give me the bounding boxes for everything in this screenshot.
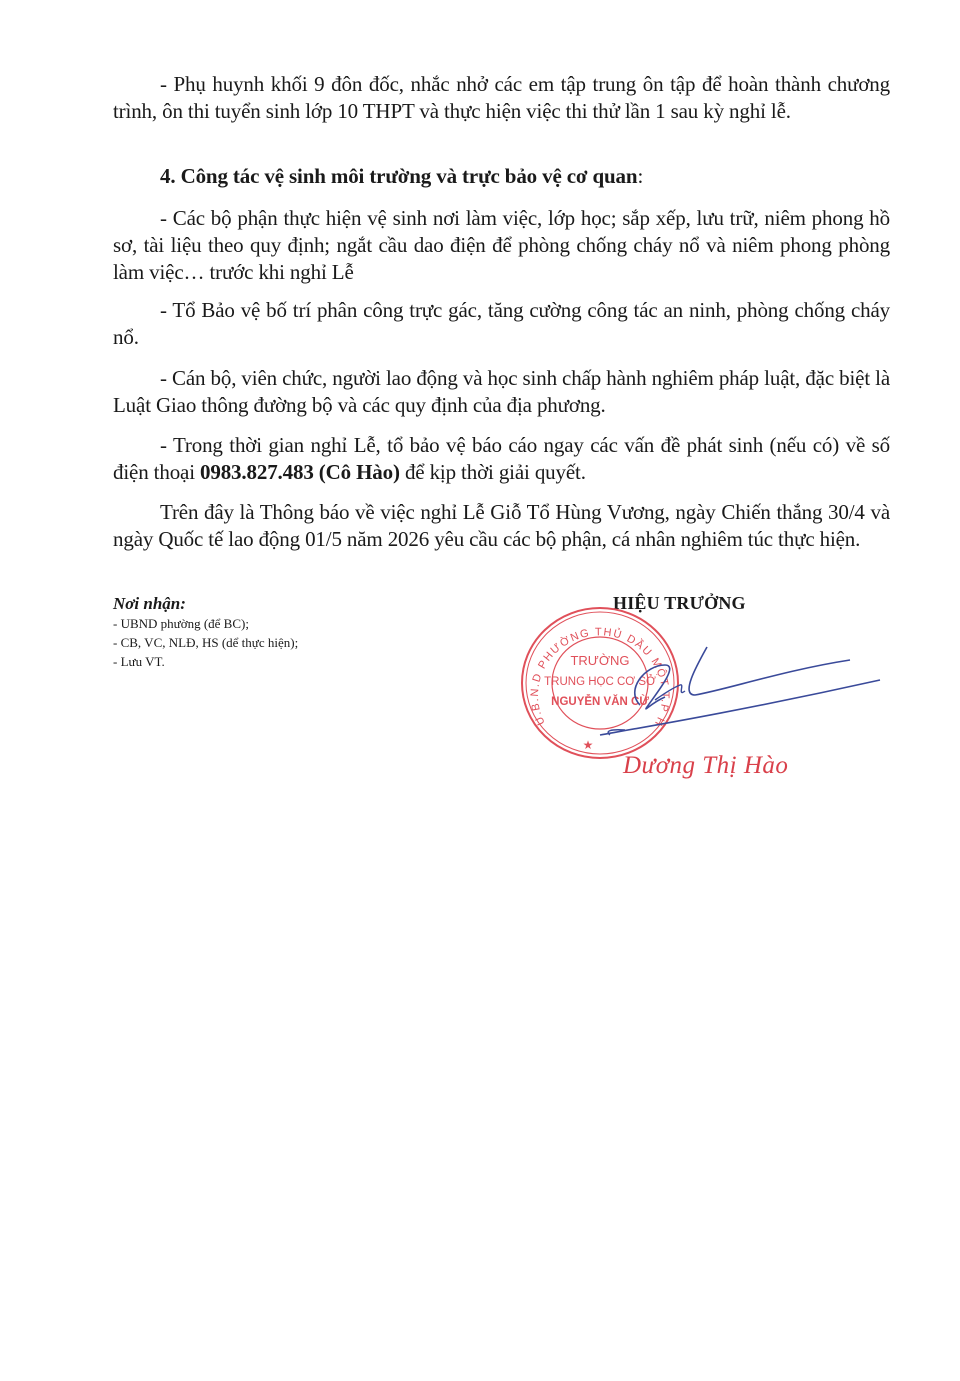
handwritten-signature-icon	[585, 635, 885, 745]
paragraph-reporting: - Trong thời gian nghỉ Lễ, tổ bảo vệ báo…	[113, 432, 890, 486]
paragraph-text: Trên đây là Thông báo về việc nghỉ Lễ Gi…	[113, 499, 890, 553]
paragraph-law-compliance: - Cán bộ, viên chức, người lao động và h…	[113, 365, 890, 419]
document-page: - Phụ huynh khối 9 đôn đốc, nhắc nhở các…	[0, 0, 960, 1381]
paragraph-text: - Các bộ phận thực hiện vệ sinh nơi làm …	[113, 205, 890, 286]
section-number: 4.	[160, 164, 175, 188]
recipient-item: - CB, VC, NLĐ, HS (dể thực hiện);	[113, 633, 443, 652]
recipient-item: - Lưu VT.	[113, 652, 443, 671]
paragraph-security-team: - Tổ Bảo vệ bố trí phân công trực gác, t…	[113, 297, 890, 351]
recipient-item: - UBND phường (để BC);	[113, 614, 443, 633]
paragraph-text: - Cán bộ, viên chức, người lao động và h…	[113, 365, 890, 419]
section-4-heading: 4. Công tác vệ sinh môi trường và trực b…	[113, 163, 890, 190]
paragraph-cleaning: - Các bộ phận thực hiện vệ sinh nơi làm …	[113, 205, 890, 286]
paragraph-text: - Tổ Bảo vệ bố trí phân công trực gác, t…	[113, 297, 890, 351]
paragraph-parents-grade9: - Phụ huynh khối 9 đôn đốc, nhắc nhở các…	[113, 71, 890, 125]
paragraph-text-end: để kịp thời giải quyết.	[400, 460, 586, 484]
contact-phone: 0983.827.483 (Cô Hào)	[200, 460, 400, 484]
recipients-title: Nơi nhận:	[113, 593, 443, 614]
section-colon: :	[637, 164, 643, 188]
paragraph-conclusion: Trên đây là Thông báo về việc nghỉ Lễ Gi…	[113, 499, 890, 553]
paragraph-text: - Phụ huynh khối 9 đôn đốc, nhắc nhở các…	[113, 71, 890, 125]
signer-name: Dương Thị Hào	[623, 752, 788, 780]
recipients-block: Nơi nhận: - UBND phường (để BC); - CB, V…	[113, 593, 443, 671]
section-title: Công tác vệ sinh môi trường và trực bảo …	[181, 164, 638, 188]
